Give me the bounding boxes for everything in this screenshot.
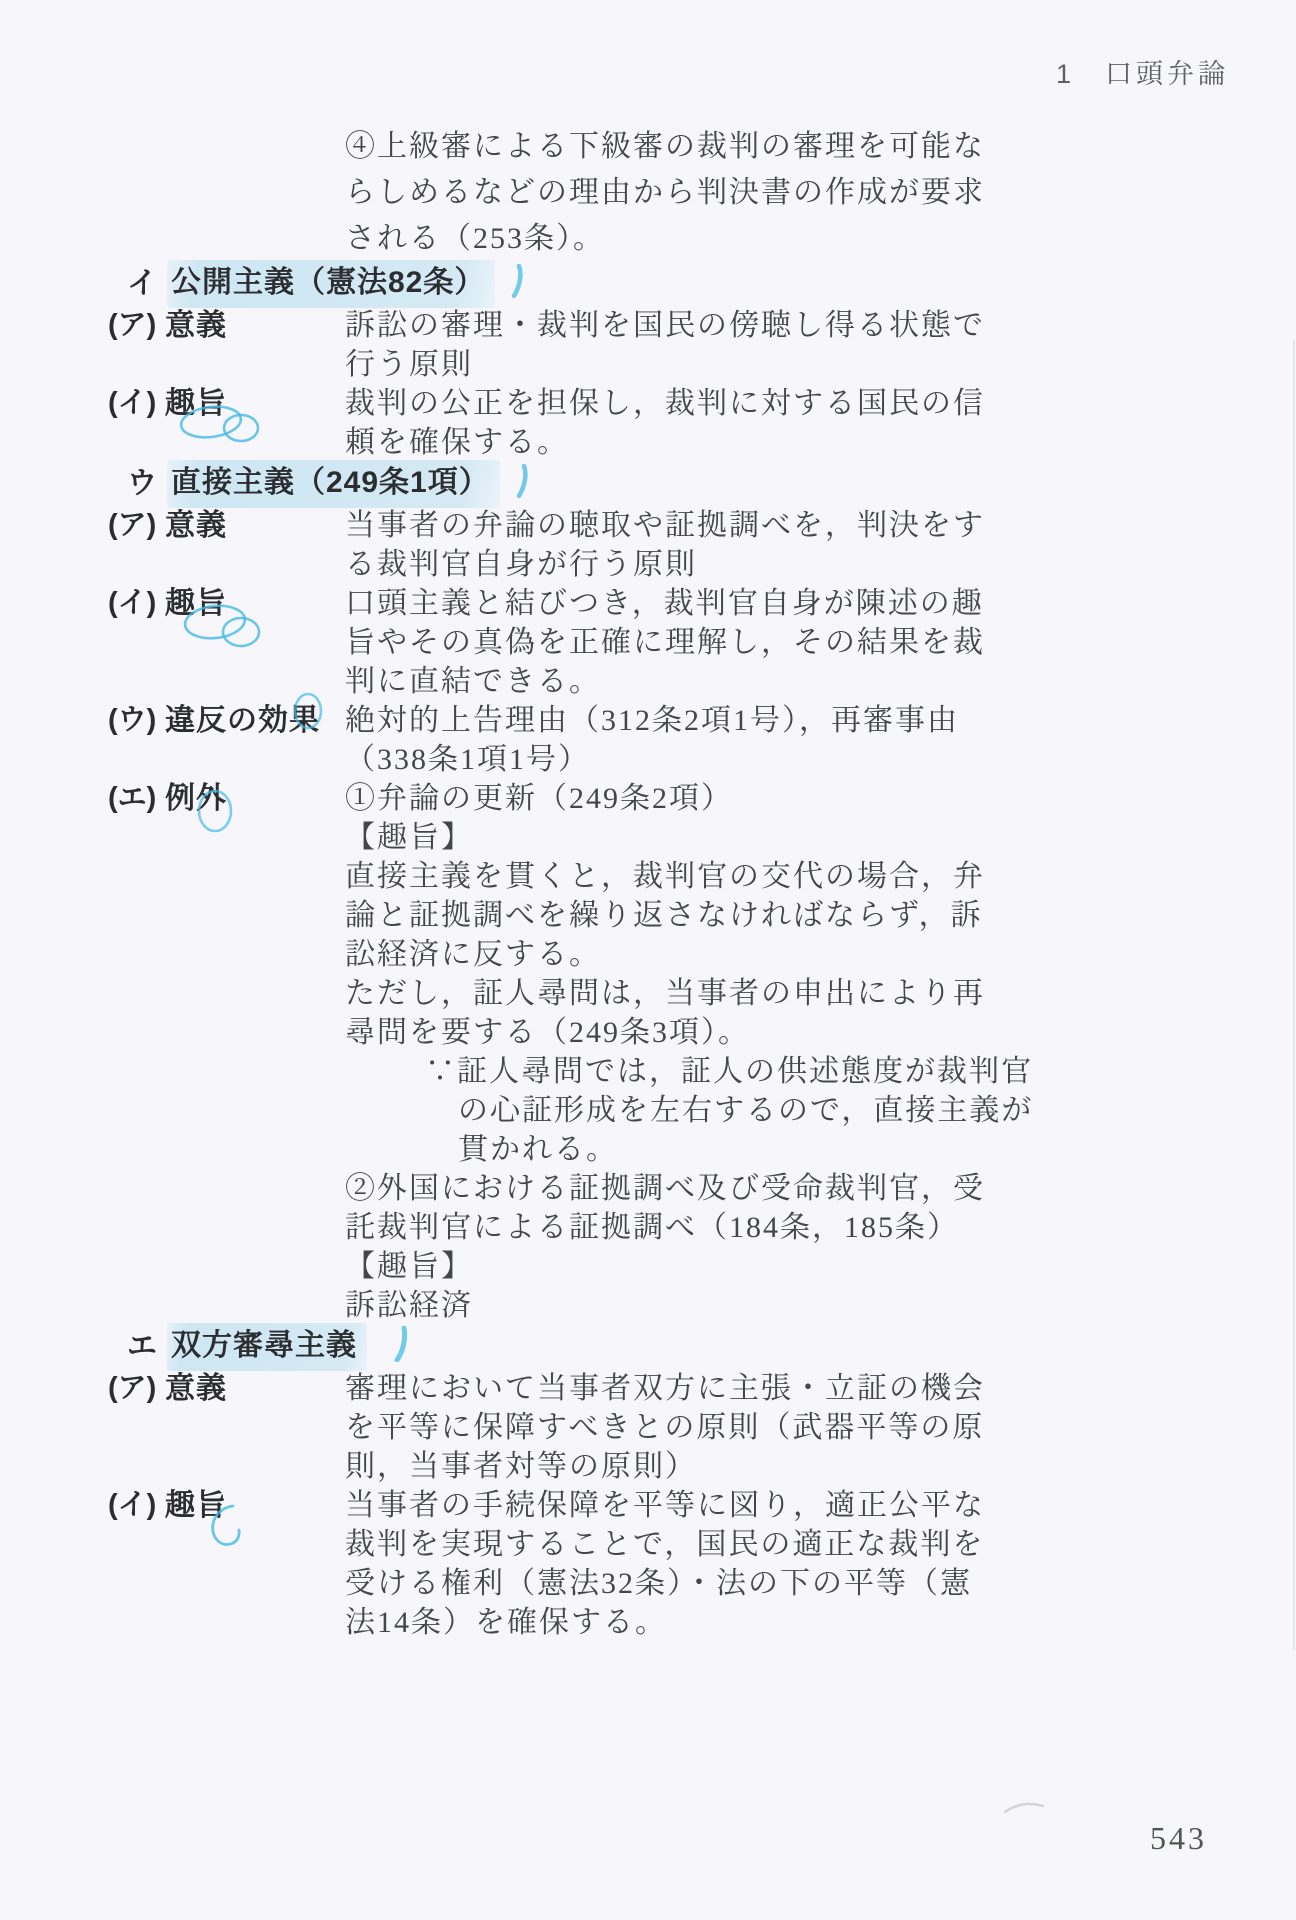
item-term-label: 意義 bbox=[165, 309, 227, 342]
textbook-page: 1 口頭弁論 ④上級審による下級審の裁判の審理を可能な らしめるなどの理由から判… bbox=[0, 0, 1296, 1920]
pen-tick-icon bbox=[393, 1326, 409, 1373]
text-line: 口頭主義と結びつき，裁判官自身が陳述の趣 bbox=[345, 584, 1045, 623]
item-term-label: 例外 bbox=[165, 782, 227, 815]
text-line: 則，当事者対等の原則） bbox=[345, 1447, 1045, 1486]
item-body: 当事者の手続保障を平等に図り，適正公平な 裁判を実現することで，国民の適正な裁判… bbox=[345, 1486, 1045, 1642]
reason-block: ∵証人尋問では，証人の供述態度が裁判官 の心証形成を左右するので，直接主義が 貫… bbox=[345, 1052, 1045, 1169]
chapter-title: 口頭弁論 bbox=[1105, 52, 1229, 91]
text-line: 旨やその真偽を正確に理解し，その結果を裁 bbox=[345, 623, 1045, 662]
text-line: （338条1項1号） bbox=[345, 740, 1045, 779]
text-line: ④上級審による下級審の裁判の審理を可能な bbox=[345, 124, 1035, 170]
page-content: ④上級審による下級審の裁判の審理を可能な らしめるなどの理由から判決書の作成が要… bbox=[0, 124, 1296, 1642]
pencil-smudge-mark bbox=[1002, 1797, 1046, 1822]
item-marker: (イ) bbox=[108, 384, 165, 423]
item-marker: (ア) bbox=[108, 1369, 165, 1408]
section-heading-souhou: エ 双方審尋主義 bbox=[127, 1325, 1296, 1369]
text-line: 託裁判官による証拠調べ（184条，185条） bbox=[345, 1208, 1045, 1247]
item-term: 趣旨 bbox=[165, 584, 345, 623]
section-heading-chokusetsu: ウ 直接主義（249条1項） bbox=[127, 462, 1296, 506]
text-line: 尋問を要する（249条3項）。 bbox=[345, 1013, 1045, 1052]
item-term-label: 趣旨 bbox=[165, 1489, 227, 1522]
text-line: 訟経済に反する。 bbox=[345, 935, 1045, 974]
section-kana: エ bbox=[127, 1327, 167, 1367]
text-line: 受ける権利（憲法32条）・法の下の平等（憲 bbox=[345, 1564, 1045, 1603]
intro-paragraph: ④上級審による下級審の裁判の審理を可能な らしめるなどの理由から判決書の作成が要… bbox=[345, 124, 1035, 262]
definition-row: (ア) 意義 訴訟の審理・裁判を国民の傍聴し得る状態で 行う原則 bbox=[0, 306, 1296, 384]
text-line: 直接主義を貫くと，裁判官の交代の場合，弁 bbox=[345, 857, 1045, 896]
item-term: 意義 bbox=[165, 1369, 345, 1408]
text-line: 訴訟の審理・裁判を国民の傍聴し得る状態で bbox=[345, 306, 1045, 345]
definition-row: (イ) 趣旨 当事者の手続保障を平等に図り，適正公平な 裁判を実現することで，国… bbox=[0, 1486, 1296, 1642]
item-term-label: 趣旨 bbox=[165, 587, 227, 620]
section-title-highlighted: 直接主義（249条1項） bbox=[167, 460, 500, 508]
running-head: 1 口頭弁論 bbox=[1056, 52, 1229, 91]
text-line: を平等に保障すべきとの原則（武器平等の原 bbox=[345, 1408, 1045, 1447]
item-term-label: 意義 bbox=[165, 1372, 227, 1405]
text-line: 貫かれる。 bbox=[458, 1130, 1045, 1169]
section-title-highlighted: 公開主義（憲法82条） bbox=[167, 260, 495, 308]
item-term: 違反の効果 bbox=[165, 701, 345, 740]
text-line: る裁判官自身が行う原則 bbox=[345, 545, 1045, 584]
definition-row: (イ) 趣旨 裁判の公正を担保し，裁判に対する国民の信 頼を確保する。 bbox=[0, 384, 1296, 462]
text-line: 審理において当事者双方に主張・立証の機会 bbox=[345, 1369, 1045, 1408]
item-term: 意義 bbox=[165, 506, 345, 545]
definition-row: (ア) 意義 当事者の弁論の聴取や証拠調べを，判決をす る裁判官自身が行う原則 bbox=[0, 506, 1296, 584]
item-term: 趣旨 bbox=[165, 384, 345, 423]
text-line: 裁判の公正を担保し，裁判に対する国民の信 bbox=[345, 384, 1045, 423]
item-marker: (ウ) bbox=[108, 701, 165, 740]
definition-row: (エ) 例外 ①弁論の更新（249条2項） 【趣旨】 直接主義を貫くと，裁判官の… bbox=[0, 779, 1296, 1325]
page-edge-line bbox=[1293, 340, 1295, 1650]
text-line: ①弁論の更新（249条2項） bbox=[345, 779, 1045, 818]
definition-row: (ア) 意義 審理において当事者双方に主張・立証の機会 を平等に保障すべきとの原… bbox=[0, 1369, 1296, 1486]
text-line: 頼を確保する。 bbox=[345, 423, 1045, 462]
section-heading-koukai: イ 公開主義（憲法82条） bbox=[127, 262, 1296, 306]
text-line: 行う原則 bbox=[345, 345, 1045, 384]
item-body: 裁判の公正を担保し，裁判に対する国民の信 頼を確保する。 bbox=[345, 384, 1045, 462]
item-body: 訴訟の審理・裁判を国民の傍聴し得る状態で 行う原則 bbox=[345, 306, 1045, 384]
pen-tick-icon bbox=[509, 264, 525, 309]
text-line: 論と証拠調べを繰り返さなければならず，訴 bbox=[345, 896, 1045, 935]
pen-tick-icon bbox=[514, 464, 530, 509]
item-body: 審理において当事者双方に主張・立証の機会 を平等に保障すべきとの原則（武器平等の… bbox=[345, 1369, 1045, 1486]
item-term: 趣旨 bbox=[165, 1486, 345, 1525]
item-body: ①弁論の更新（249条2項） 【趣旨】 直接主義を貫くと，裁判官の交代の場合，弁… bbox=[345, 779, 1045, 1325]
item-marker: (ア) bbox=[108, 306, 165, 345]
text-line: 【趣旨】 bbox=[345, 818, 1045, 857]
definition-row: (ウ) 違反の効果 絶対的上告理由（312条2項1号），再審事由 （338条1項… bbox=[0, 701, 1296, 779]
text-line: 訴訟経済 bbox=[345, 1286, 1045, 1325]
text-line: 法14条）を確保する。 bbox=[345, 1603, 1045, 1642]
section-title-highlighted: 双方審尋主義 bbox=[167, 1323, 367, 1371]
definition-row: (イ) 趣旨 口頭主義と結びつき，裁判官自身が陳述の趣 旨やその真偽を正確に理解… bbox=[0, 584, 1296, 701]
section-kana: ウ bbox=[127, 464, 167, 504]
text-line: される（253条）。 bbox=[345, 216, 1035, 262]
text-line: 当事者の弁論の聴取や証拠調べを，判決をす bbox=[345, 506, 1045, 545]
item-body: 絶対的上告理由（312条2項1号），再審事由 （338条1項1号） bbox=[345, 701, 1045, 779]
chapter-number: 1 bbox=[1056, 59, 1075, 90]
text-line: らしめるなどの理由から判決書の作成が要求 bbox=[345, 170, 1035, 216]
item-term-label: 意義 bbox=[165, 509, 227, 542]
item-term: 例外 bbox=[165, 779, 345, 818]
page-number: 543 bbox=[1150, 1820, 1207, 1857]
item-body: 当事者の弁論の聴取や証拠調べを，判決をす る裁判官自身が行う原則 bbox=[345, 506, 1045, 584]
item-term-label: 趣旨 bbox=[165, 387, 227, 420]
text-line: 絶対的上告理由（312条2項1号），再審事由 bbox=[345, 701, 1045, 740]
text-line: 当事者の手続保障を平等に図り，適正公平な bbox=[345, 1486, 1045, 1525]
item-marker: (イ) bbox=[108, 584, 165, 623]
text-line: の心証形成を左右するので，直接主義が bbox=[458, 1091, 1045, 1130]
item-marker: (ア) bbox=[108, 506, 165, 545]
section-kana: イ bbox=[127, 264, 167, 304]
text-line: ただし，証人尋問は，当事者の申出により再 bbox=[345, 974, 1045, 1013]
text-line: 【趣旨】 bbox=[345, 1247, 1045, 1286]
text-line: ∵証人尋問では，証人の供述態度が裁判官 bbox=[425, 1052, 1045, 1091]
item-body: 口頭主義と結びつき，裁判官自身が陳述の趣 旨やその真偽を正確に理解し，その結果を… bbox=[345, 584, 1045, 701]
text-line: 裁判を実現することで，国民の適正な裁判を bbox=[345, 1525, 1045, 1564]
item-marker: (エ) bbox=[108, 779, 165, 818]
text-line: ②外国における証拠調べ及び受命裁判官，受 bbox=[345, 1169, 1045, 1208]
item-term-label: 違反の効果 bbox=[165, 704, 320, 737]
text-line: 判に直結できる。 bbox=[345, 662, 1045, 701]
item-marker: (イ) bbox=[108, 1486, 165, 1525]
item-term: 意義 bbox=[165, 306, 345, 345]
